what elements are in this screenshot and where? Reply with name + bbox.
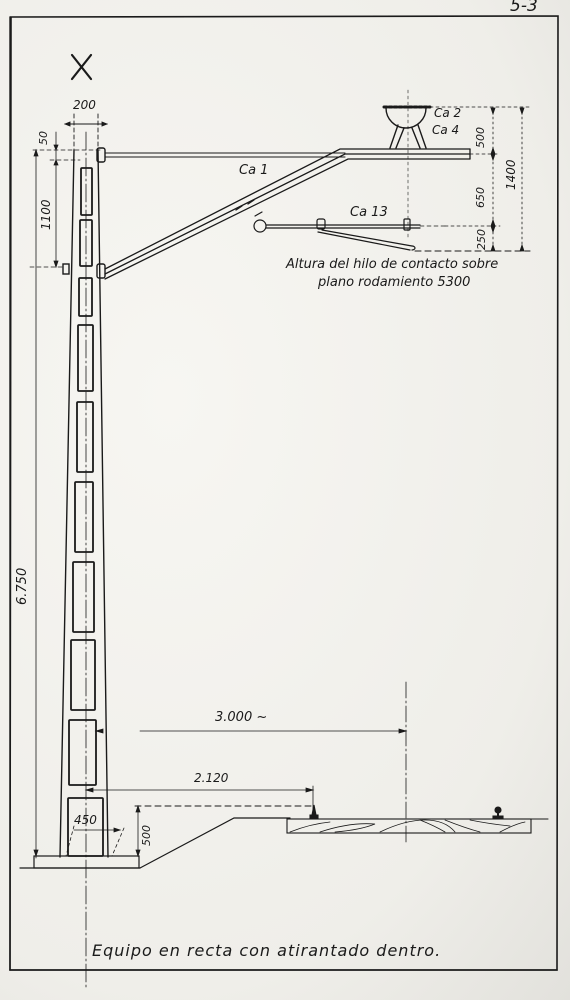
drawing-caption: Equipo en recta con atirantado dentro. [92, 943, 441, 959]
dim-pole-height-label: 6.750 [16, 568, 29, 605]
dim-left-verticals [10, 17, 100, 970]
catenary-drawing [0, 0, 570, 1000]
label-ca13: Ca 13 [350, 206, 388, 219]
dim-total-drop-label: 1400 [505, 159, 517, 190]
dim-track-center [96, 682, 406, 845]
dim-pole-to-rail-label: 2.120 [194, 772, 228, 784]
sheet-number: 5-3 [510, 0, 538, 15]
dim-bracket-spacing-label: 1100 [40, 199, 52, 230]
contact-height-note-line1: Altura del hilo de contacto sobre [286, 258, 498, 271]
label-ca1: Ca 1 [239, 164, 268, 177]
drawing-sheet: 5-3 200 50 1100 6.750 Ca 1 Ca 2 Ca 4 Ca … [0, 0, 570, 1000]
cantilever-tie-rod [105, 153, 345, 157]
dim-tube-to-wire-label: 650 [475, 187, 486, 208]
dim-track-center-label: 3.000 ~ [215, 711, 267, 724]
pole-windows [68, 168, 103, 856]
label-ca4: Ca 4 [432, 124, 459, 136]
dim-foundation-label: 500 [141, 825, 152, 846]
dim-top-offset-label: 50 [38, 131, 49, 145]
track-section [287, 805, 548, 833]
contact-height-note-line2: plano rodamiento 5300 [318, 276, 470, 289]
insulator-assembly [384, 90, 430, 240]
dim-base-width-label: 450 [74, 814, 97, 826]
dim-insulator-label: 500 [475, 127, 486, 148]
pole-structure [60, 132, 108, 990]
label-ca2: Ca 2 [434, 107, 461, 119]
dim-pole-width-label: 200 [73, 99, 96, 111]
dim-pole-to-rail [86, 786, 313, 856]
dim-steady-drop-label: 250 [476, 229, 487, 250]
view-mark-x-icon [72, 55, 91, 79]
dim-base-width [66, 826, 124, 856]
